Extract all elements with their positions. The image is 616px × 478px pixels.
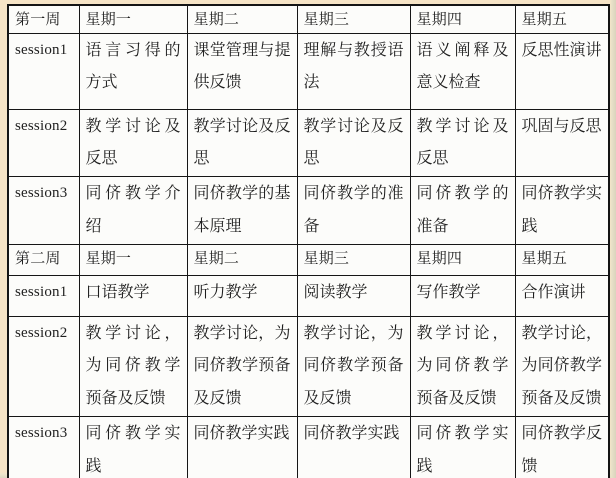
table-cell: 同侪教学实践 [410, 417, 515, 478]
table-cell: 听力教学 [187, 275, 297, 316]
week-label-cell: 第一周 [8, 5, 79, 33]
table-cell: 同侪教学实践 [515, 177, 609, 245]
table-cell: 同侪教学的准备 [297, 177, 410, 245]
table-row-week2-session2: session2 教学讨论，为同侪教学预备及反馈 教学讨论，为同侪教学预备及反馈… [8, 316, 609, 416]
table-row-week2-session1: session1 口语教学 听力教学 阅读教学 写作教学 合作演讲 [8, 275, 609, 316]
table-cell: 合作演讲 [515, 275, 609, 316]
table-cell: 教学讨论及反思 [297, 109, 410, 177]
document-page: 第一周 星期一 星期二 星期三 星期四 星期五 session1 语言习得的方式… [0, 0, 616, 478]
table-cell: 教学讨论及反思 [79, 109, 187, 177]
session-label-cell: session3 [8, 177, 79, 245]
day-header-cell: 星期一 [79, 244, 187, 275]
table-row-week1-session2: session2 教学讨论及反思 教学讨论及反思 教学讨论及反思 教学讨论及反思… [8, 109, 609, 177]
table-cell: 同侪教学反馈 [515, 417, 609, 478]
table-cell: 巩固与反思 [515, 109, 609, 177]
table-cell: 教学讨论及反思 [187, 109, 297, 177]
table-row-week1-header: 第一周 星期一 星期二 星期三 星期四 星期五 [8, 5, 609, 33]
table-cell: 同侪教学实践 [79, 417, 187, 478]
table-cell: 语义阐释及意义检查 [410, 33, 515, 109]
table-cell: 同侪教学实践 [187, 417, 297, 478]
week-label-cell: 第二周 [8, 244, 79, 275]
day-header-cell: 星期二 [187, 5, 297, 33]
table-cell: 教学讨论，为同侪教学预备及反馈 [515, 316, 609, 416]
table-cell: 教学讨论，为同侪教学预备及反馈 [79, 316, 187, 416]
table-cell: 课堂管理与提供反馈 [187, 33, 297, 109]
table-cell: 同侪教学的基本原理 [187, 177, 297, 245]
table-cell: 理解与教授语法 [297, 33, 410, 109]
session-label-cell: session2 [8, 316, 79, 416]
table-cell: 教学讨论，为同侪教学预备及反馈 [410, 316, 515, 416]
session-label-cell: session1 [8, 33, 79, 109]
day-header-cell: 星期四 [410, 5, 515, 33]
table-cell: 同侪教学介绍 [79, 177, 187, 245]
table-cell: 教学讨论，为同侪教学预备及反馈 [297, 316, 410, 416]
table-row-week1-session1: session1 语言习得的方式 课堂管理与提供反馈 理解与教授语法 语义阐释及… [8, 33, 609, 109]
table-cell: 同侪教学实践 [297, 417, 410, 478]
table-cell: 阅读教学 [297, 275, 410, 316]
table-cell: 语言习得的方式 [79, 33, 187, 109]
table-cell: 写作教学 [410, 275, 515, 316]
table-row-week2-header: 第二周 星期一 星期二 星期三 星期四 星期五 [8, 244, 609, 275]
day-header-cell: 星期五 [515, 244, 609, 275]
day-header-cell: 星期三 [297, 5, 410, 33]
table-cell: 反思性演讲 [515, 33, 609, 109]
day-header-cell: 星期一 [79, 5, 187, 33]
day-header-cell: 星期二 [187, 244, 297, 275]
table-row-week1-session3: session3 同侪教学介绍 同侪教学的基本原理 同侪教学的准备 同侪教学的准… [8, 177, 609, 245]
table-cell: 教学讨论，为同侪教学预备及反馈 [187, 316, 297, 416]
table-row-week2-session3: session3 同侪教学实践 同侪教学实践 同侪教学实践 同侪教学实践 同侪教… [8, 417, 609, 478]
day-header-cell: 星期五 [515, 5, 609, 33]
day-header-cell: 星期三 [297, 244, 410, 275]
day-header-cell: 星期四 [410, 244, 515, 275]
table-cell: 教学讨论及反思 [410, 109, 515, 177]
session-label-cell: session3 [8, 417, 79, 478]
session-label-cell: session2 [8, 109, 79, 177]
table-cell: 口语教学 [79, 275, 187, 316]
session-label-cell: session1 [8, 275, 79, 316]
course-schedule-table: 第一周 星期一 星期二 星期三 星期四 星期五 session1 语言习得的方式… [7, 4, 610, 478]
table-cell: 同侪教学的准备 [410, 177, 515, 245]
